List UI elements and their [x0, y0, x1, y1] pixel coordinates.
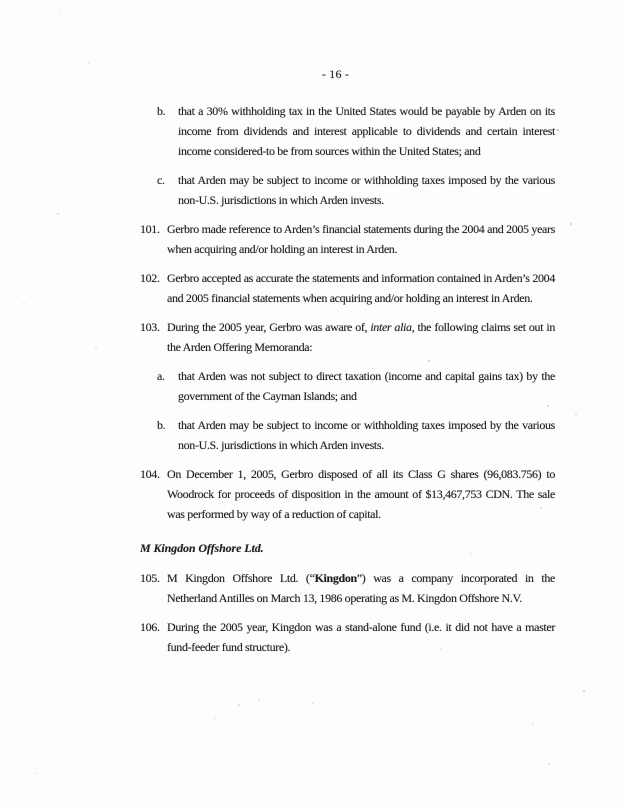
paragraph-number: 105.	[140, 568, 160, 588]
numbered-paragraph: 106.During the 2005 year, Kingdon was a …	[140, 617, 555, 657]
numbered-paragraph: 105.M Kingdon Offshore Ltd. (“Kingdon”) …	[140, 568, 555, 608]
paragraph-text: On December 1, 2005, Gerbro disposed of …	[167, 467, 555, 521]
paragraph-number: 106.	[140, 617, 160, 637]
section-heading: M Kingdon Offshore Ltd.	[140, 538, 555, 558]
paragraph-number: 104.	[140, 464, 160, 484]
numbered-paragraph: 103.During the 2005 year, Gerbro was awa…	[140, 317, 555, 357]
paragraph-number: 102.	[140, 268, 160, 288]
paragraph-text: Gerbro accepted as accurate the statemen…	[167, 271, 555, 305]
paragraph-text: Gerbro made reference to Arden’s financi…	[167, 222, 555, 256]
sub-item: b.that a 30% withholding tax in the Unit…	[157, 101, 555, 161]
sub-item: c.that Arden may be subject to income or…	[157, 170, 555, 210]
paragraph-number: 101.	[140, 219, 160, 239]
document-body: b.that a 30% withholding tax in the Unit…	[140, 101, 555, 657]
sub-item-marker: a.	[157, 366, 165, 386]
paragraph-text: that Arden may be subject to income or w…	[178, 173, 555, 207]
numbered-paragraph: 102.Gerbro accepted as accurate the stat…	[140, 268, 555, 308]
sub-item: a.that Arden was not subject to direct t…	[157, 366, 555, 406]
document-content: - 16 - b.that a 30% withholding tax in t…	[140, 64, 555, 666]
sub-item-marker: b.	[157, 415, 165, 435]
page-number: - 16 -	[128, 64, 543, 84]
sub-item-marker: b.	[157, 101, 165, 121]
paragraph-text: that Arden was not subject to direct tax…	[178, 369, 555, 403]
paragraph-text: M Kingdon Offshore Ltd. (“Kingdon”) was …	[167, 571, 555, 605]
paragraph-text: that a 30% withholding tax in the United…	[178, 104, 555, 158]
paragraph-text: During the 2005 year, Gerbro was aware o…	[167, 320, 555, 354]
scanned-document-page: - 16 - b.that a 30% withholding tax in t…	[0, 0, 624, 807]
paragraph-number: 103.	[140, 317, 160, 337]
sub-item: b.that Arden may be subject to income or…	[157, 415, 555, 455]
numbered-paragraph: 101.Gerbro made reference to Arden’s fin…	[140, 219, 555, 259]
paragraph-text: During the 2005 year, Kingdon was a stan…	[167, 620, 555, 654]
heading-text: M Kingdon Offshore Ltd.	[140, 541, 264, 555]
sub-item-marker: c.	[157, 170, 165, 190]
scan-noise-speckles	[0, 0, 2, 2]
paragraph-text: that Arden may be subject to income or w…	[178, 418, 555, 452]
numbered-paragraph: 104.On December 1, 2005, Gerbro disposed…	[140, 464, 555, 524]
